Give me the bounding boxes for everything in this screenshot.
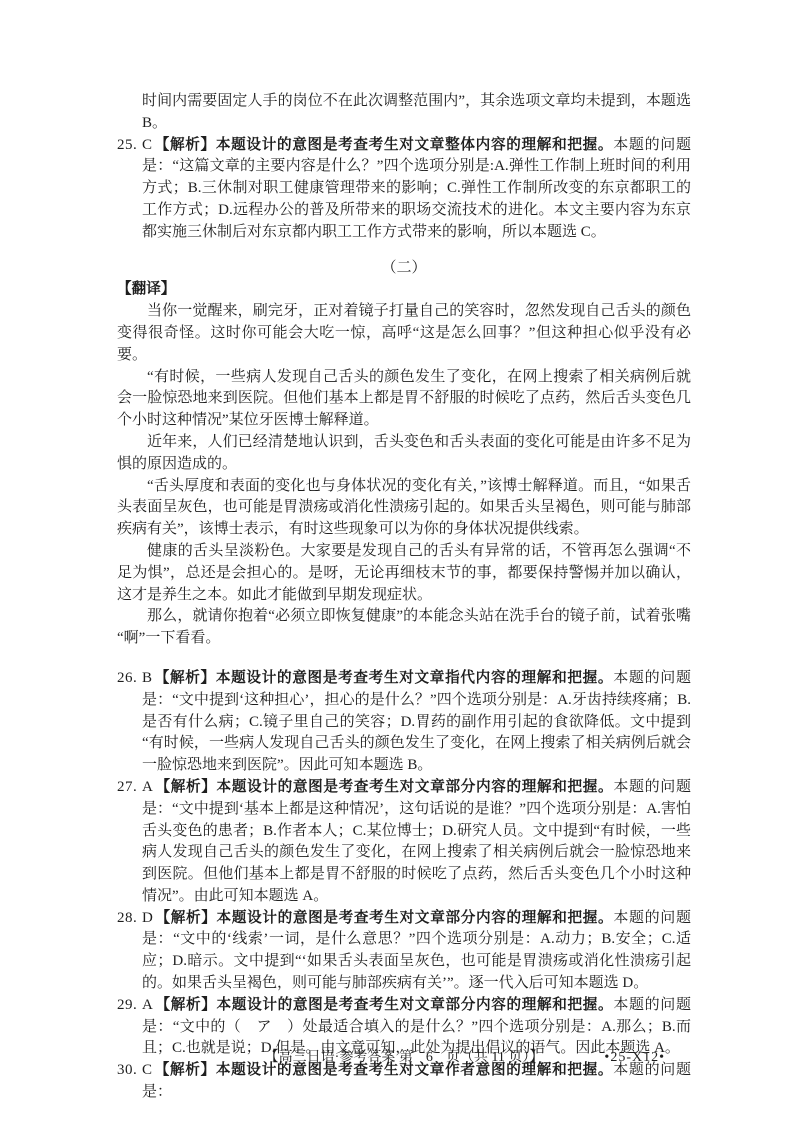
footer-suffix: 页（共 11 页）】	[446, 1050, 543, 1065]
answer-letter: A	[142, 779, 153, 795]
question-number: 28.	[117, 908, 142, 930]
translation-label: 【翻译】	[117, 279, 691, 301]
translation-paragraph: “有时候，一些病人发现自己舌头的颜色发生了变化，在网上搜索了相关病例后就会一脸惊…	[117, 367, 691, 432]
analysis-label: 【解析】本题设计的意图是考查考生对文章指代内容的理解和把握。	[154, 670, 613, 686]
question-number: 25.	[117, 135, 142, 157]
analysis-label: 【解析】本题设计的意图是考查考生对文章部分内容的理解和把握。	[155, 779, 613, 795]
analysis-label: 【解析】本题设计的意图是考查考生对文章部分内容的理解和把握。	[155, 997, 613, 1013]
answer-letter: D	[142, 910, 153, 926]
translation-paragraph: “舌头厚度和表面的变化也与身体状况的变化有关，”该博士解释道。而且，“如果舌头表…	[117, 476, 691, 541]
paper-code: •25-X12•	[604, 1048, 665, 1068]
analysis-label: 【解析】本题设计的意图是考查考生对文章整体内容的理解和把握。	[154, 137, 613, 153]
question-number: 29.	[117, 995, 142, 1017]
question-number: 27.	[117, 777, 142, 799]
document-page: 时间内需要固定人手的岗位不在此次调整范围内”，其余选项文章均未提到，本题选 B。…	[0, 0, 800, 1131]
answer-item-28: 28.D【解析】本题设计的意图是考查考生对文章部分内容的理解和把握。本题的问题是…	[117, 908, 691, 995]
answer-item-26: 26.B【解析】本题设计的意图是考查考生对文章指代内容的理解和把握。本题的问题是…	[117, 668, 691, 777]
answer-item-25: 25.C【解析】本题设计的意图是考查考生对文章整体内容的理解和把握。本题的问题是…	[117, 135, 691, 244]
answer-letter: C	[142, 137, 152, 153]
page-footer: 【高三日语·参考答案 第6页（共 11 页）】 •25-X12•	[117, 1048, 691, 1068]
translation-paragraph: 当你一觉醒来，刷完牙，正对着镜子打量自己的笑容时，忽然发现自己舌头的颜色变得很奇…	[117, 301, 691, 366]
footer-prefix: 【高三日语·参考答案 第	[265, 1050, 413, 1065]
translation-paragraph: 健康的舌头呈淡粉色。大家要是发现自己的舌头有异常的话，不管再怎么强调“不足为惧”…	[117, 541, 691, 606]
translation-paragraph: 近年来，人们已经清楚地认识到，舌头变色和舌头表面的变化可能是由许多不足为惧的原因…	[117, 432, 691, 476]
page-number: 6	[426, 1048, 433, 1068]
analysis-text: 本题的问题是：“文中提到‘基本上都是这种情况’，这句话说的是谁？”四个选项分别是…	[142, 779, 691, 904]
page-content: 时间内需要固定人手的岗位不在此次调整范围内”，其余选项文章均未提到，本题选 B。…	[117, 91, 691, 1104]
translation-paragraph: 那么，就请你抱着“必须立即恢复健康”的本能念头站在洗手台的镜子前，试着张嘴“啊”…	[117, 606, 691, 650]
answer-letter: A	[142, 997, 153, 1013]
answer-items-block: 26.B【解析】本题设计的意图是考查考生对文章指代内容的理解和把握。本题的问题是…	[117, 668, 691, 1104]
continuation-paragraph: 时间内需要固定人手的岗位不在此次调整范围内”，其余选项文章均未提到，本题选 B。	[142, 91, 691, 135]
answer-letter: B	[142, 670, 152, 686]
section-header: （二）	[117, 258, 691, 280]
analysis-label: 【解析】本题设计的意图是考查考生对文章部分内容的理解和把握。	[155, 910, 613, 926]
question-number: 26.	[117, 668, 142, 690]
answer-item-27: 27.A【解析】本题设计的意图是考查考生对文章部分内容的理解和把握。本题的问题是…	[117, 777, 691, 908]
